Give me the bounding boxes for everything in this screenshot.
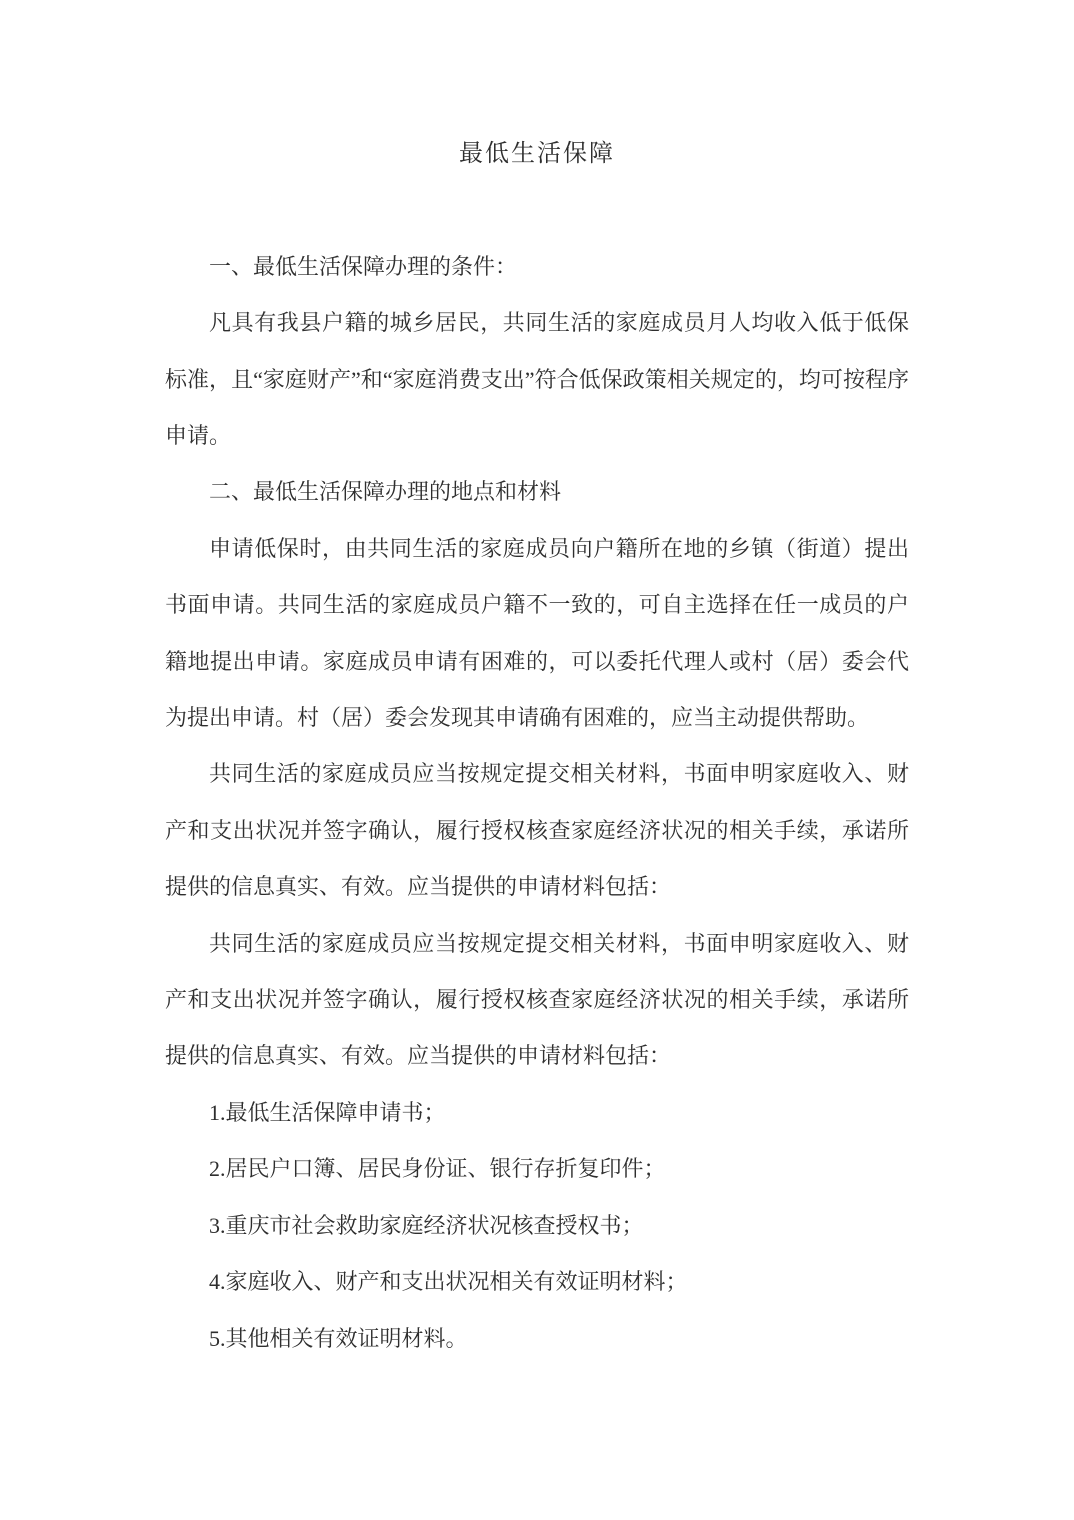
paragraph-materials-intro-repeat: 共同生活的家庭成员应当按规定提交相关材料，书面申明家庭收入、财产和支出状况并签字… bbox=[165, 916, 909, 1085]
paragraph-conditions: 凡具有我县户籍的城乡居民，共同生活的家庭成员月人均收入低于低保标准，且“家庭财产… bbox=[165, 295, 909, 464]
document-body: 最低生活保障 一、最低生活保障办理的条件： 凡具有我县户籍的城乡居民，共同生活的… bbox=[165, 126, 909, 1367]
document-page: 最低生活保障 一、最低生活保障办理的条件： 凡具有我县户籍的城乡居民，共同生活的… bbox=[0, 0, 1074, 1520]
list-item-4: 4.家庭收入、财产和支出状况相关有效证明材料； bbox=[165, 1254, 909, 1310]
list-item-3: 3.重庆市社会救助家庭经济状况核查授权书； bbox=[165, 1198, 909, 1254]
paragraph-application-location: 申请低保时，由共同生活的家庭成员向户籍所在地的乡镇（街道）提出书面申请。共同生活… bbox=[165, 521, 909, 747]
section-heading-2: 二、最低生活保障办理的地点和材料 bbox=[165, 464, 909, 520]
list-item-1: 1.最低生活保障申请书； bbox=[165, 1085, 909, 1141]
paragraph-materials-intro: 共同生活的家庭成员应当按规定提交相关材料，书面申明家庭收入、财产和支出状况并签字… bbox=[165, 746, 909, 915]
page-title: 最低生活保障 bbox=[165, 126, 909, 182]
list-item-5: 5.其他相关有效证明材料。 bbox=[165, 1311, 909, 1367]
list-item-2: 2.居民户口簿、居民身份证、银行存折复印件； bbox=[165, 1141, 909, 1197]
section-heading-1: 一、最低生活保障办理的条件： bbox=[165, 239, 909, 295]
